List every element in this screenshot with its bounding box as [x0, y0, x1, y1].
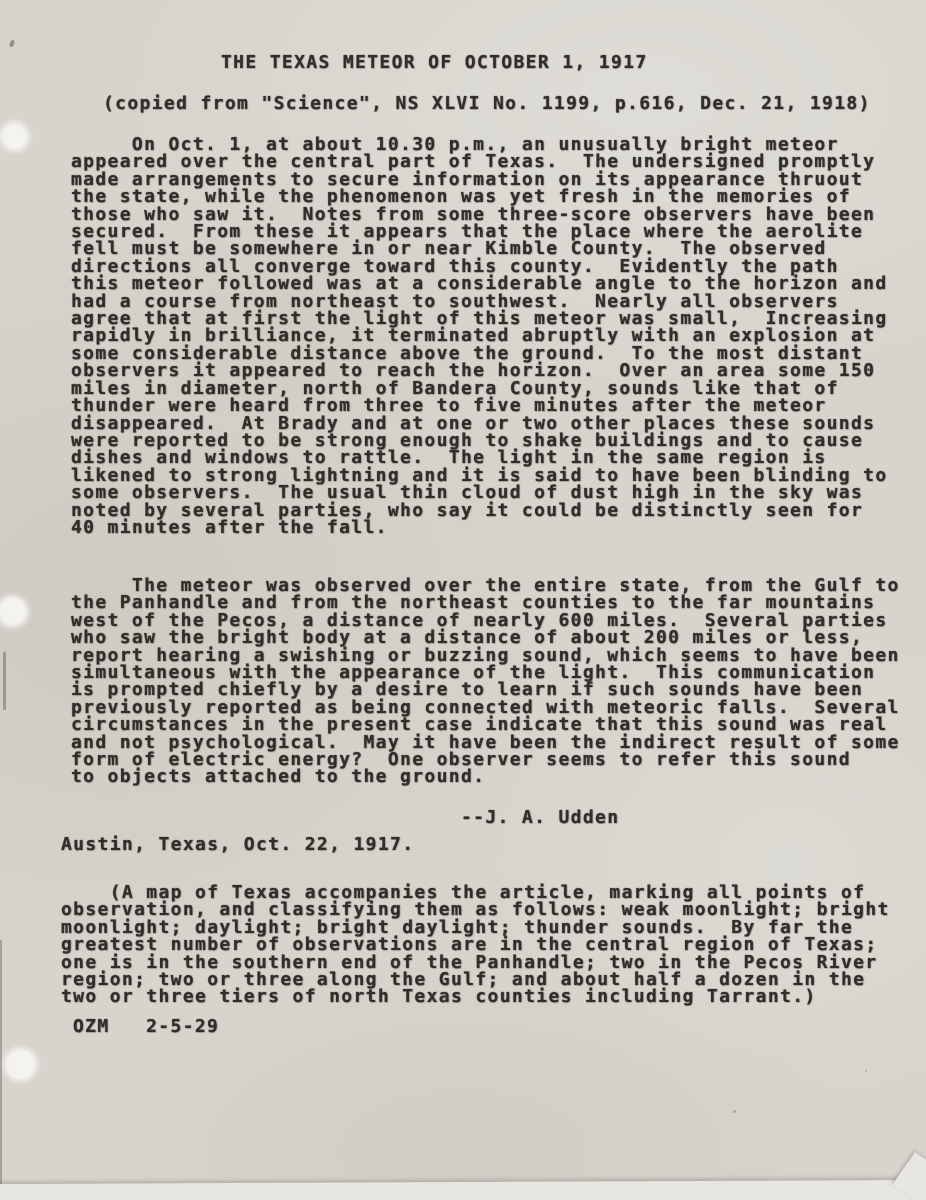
- punch-hole-middle: [0, 597, 27, 626]
- source-citation: (copied from "Science", NS XLVI No. 1199…: [103, 95, 871, 112]
- punch-hole-top: [1, 123, 28, 150]
- page-bottom-edge: [0, 1180, 926, 1200]
- scan-speck: [9, 40, 15, 48]
- author-signature: --J. A. Udden: [461, 809, 619, 826]
- body-paragraph-2: The meteor was observed over the entire …: [71, 577, 900, 786]
- document-title: THE TEXAS METEOR OF OCTOBER 1, 1917: [221, 54, 648, 71]
- scanned-document-page: THE TEXAS METEOR OF OCTOBER 1, 1917 (cop…: [0, 0, 926, 1200]
- map-note-paragraph: (A map of Texas accompanies the article,…: [61, 884, 890, 1006]
- punch-hole-bottom: [5, 1049, 36, 1080]
- page-edge-shadow: [0, 940, 2, 1184]
- scan-speck: [733, 1110, 736, 1113]
- archive-code: OZM 2-5-29: [73, 1018, 219, 1035]
- body-paragraph-1: On Oct. 1, at about 10.30 p.m., an unusu…: [71, 136, 888, 536]
- fold-mark: [3, 652, 6, 710]
- dateline: Austin, Texas, Oct. 22, 1917.: [61, 836, 414, 853]
- scan-speck: [865, 1070, 867, 1072]
